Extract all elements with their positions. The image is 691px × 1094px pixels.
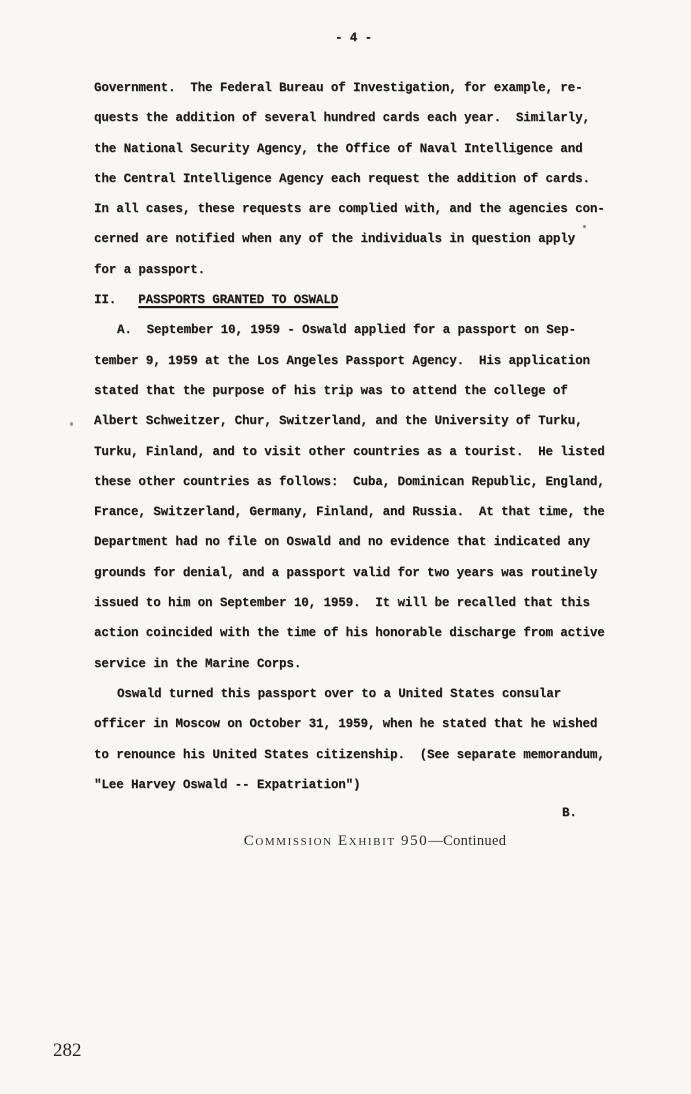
continuation-mark: B. bbox=[562, 806, 577, 820]
document-body: Government. The Federal Bureau of Invest… bbox=[94, 73, 646, 800]
section-title: PASSPORTS GRANTED TO OSWALD bbox=[138, 293, 338, 307]
paragraph-first-passport-application: A. September 10, 1959 - Oswald applied f… bbox=[94, 315, 646, 679]
exhibit-caption: Commission Exhibit 950—Continued bbox=[60, 832, 690, 850]
section-heading: II.PASSPORTS GRANTED TO OSWALD bbox=[94, 285, 646, 315]
scanned-document-page: - 4 - Government. The Federal Bureau of … bbox=[0, 0, 691, 1094]
scan-speck bbox=[583, 225, 586, 228]
exhibit-caption-suffix: —Continued bbox=[428, 833, 506, 849]
exhibit-caption-main: Commission Exhibit 950 bbox=[244, 833, 429, 849]
scan-speck bbox=[70, 422, 73, 426]
folio-page-number: 282 bbox=[53, 1040, 82, 1062]
paragraph-moscow-renunciation: Oswald turned this passport over to a Un… bbox=[94, 679, 646, 800]
paragraph-agency-card-requests: Government. The Federal Bureau of Invest… bbox=[94, 73, 646, 285]
section-number: II. bbox=[94, 293, 116, 307]
page-header-number: - 4 - bbox=[8, 31, 691, 45]
